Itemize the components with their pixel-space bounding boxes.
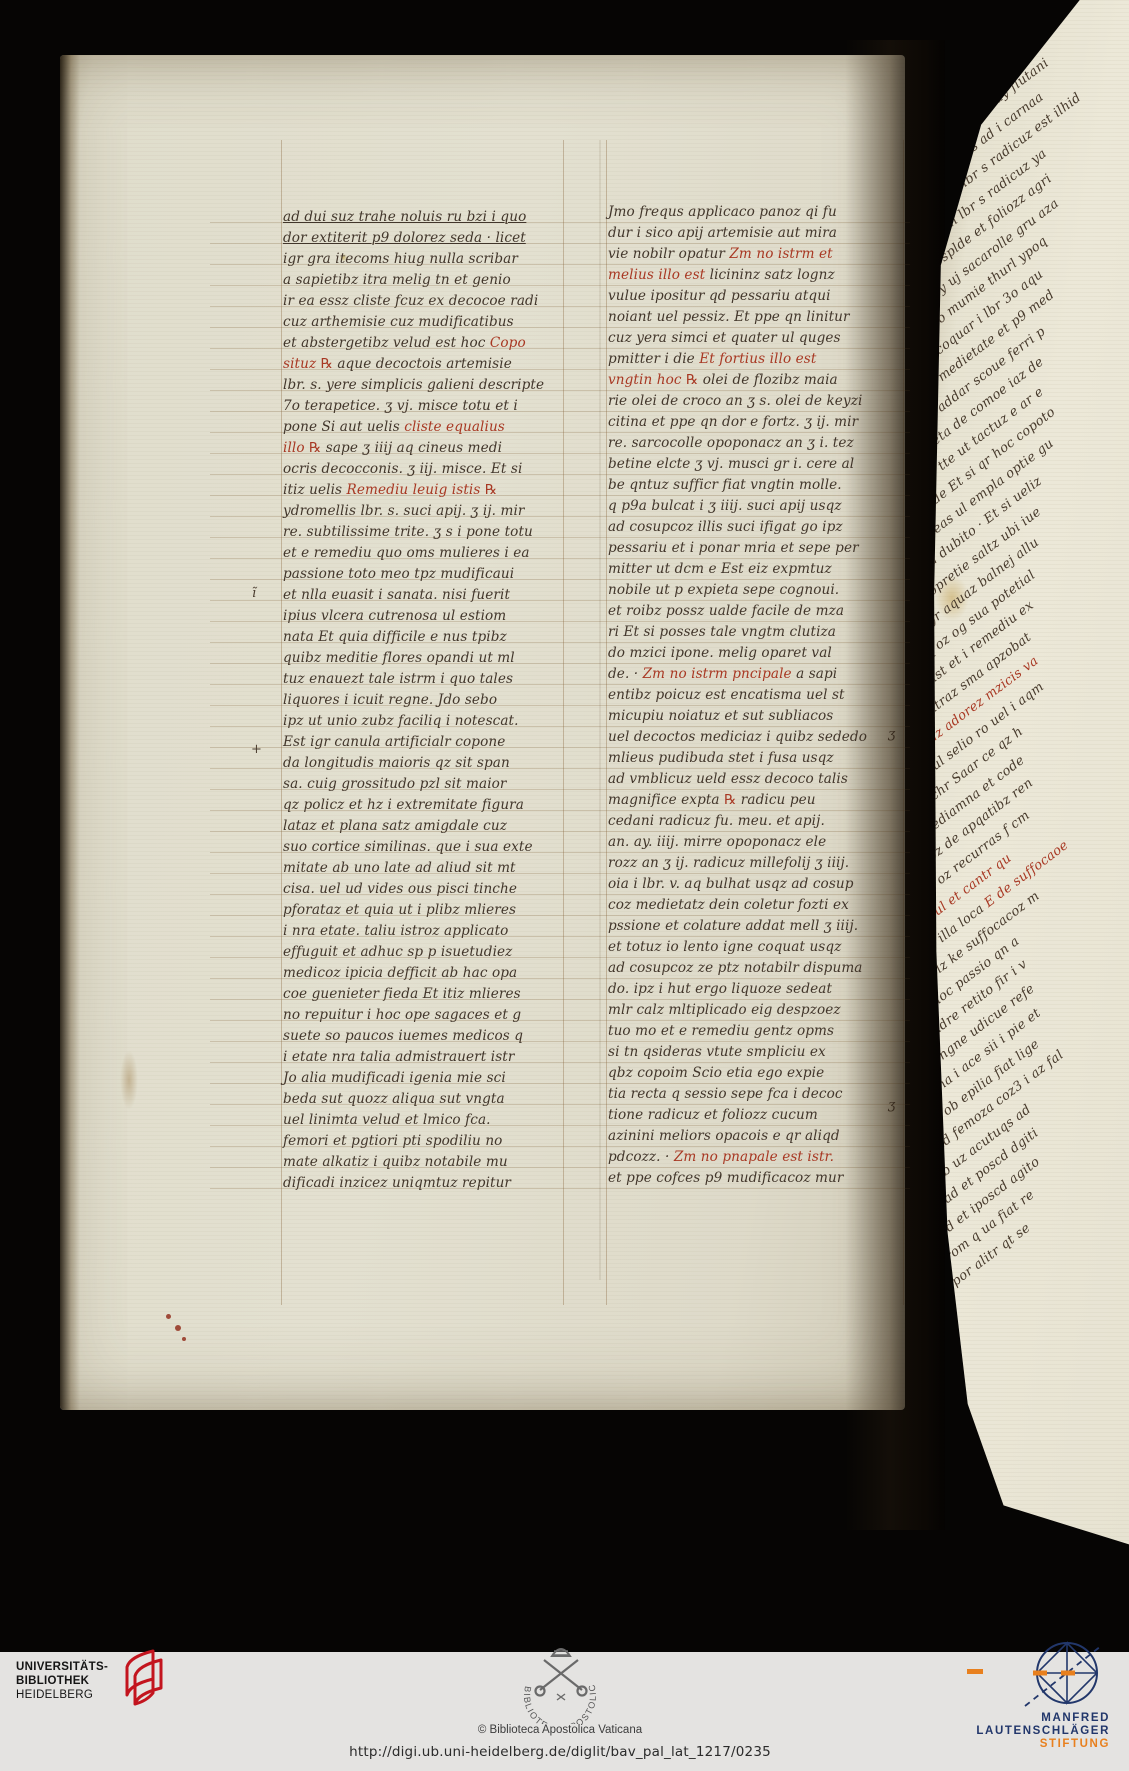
text-run: ocris decocconis. ʒ iij. misce. Et si (283, 461, 522, 477)
manuscript-line: ocris decocconis. ʒ iij. misce. Et si (283, 459, 565, 480)
text-run: mitter ut dcm e Est eiz expmtuz (608, 561, 832, 577)
text-run: mlieus pudibuda stet i fusa usqz (608, 750, 834, 766)
text-run: micupiu noiatuz et sut subliacos (608, 708, 833, 724)
text-run: vie nobilr opatur (608, 246, 729, 262)
text-run: radicu peu (741, 792, 816, 808)
manuscript-line: suo cortice similinas. que i sua exte (283, 837, 565, 858)
manuscript-line: coe guenieter fieda Et itiz mlieres (283, 984, 565, 1005)
text-run: quibz meditie flores opandi ut ml (283, 650, 515, 666)
text-run: femori et pgtiori pti spodiliu no (283, 1133, 502, 1149)
text-run: aque decoctois artemisie (337, 356, 512, 372)
manuscript-line: itiz uelis Remediu leuig istis ℞ (283, 480, 565, 501)
manuscript-line: cisa. uel ud vides ous pisci tinche (283, 879, 565, 900)
marginal-mark: ĩ (252, 586, 256, 601)
text-run: effuguit et adhuc sp p isuetudiez (283, 944, 512, 960)
manuscript-line: i nra etate. taliu istroz applicato (283, 921, 565, 942)
text-run: ad vmblicuz ueld essz decoco talis (608, 771, 848, 787)
text-run: et abstergetibz velud est hoc (283, 335, 490, 351)
text-run: cuz arthemisie cuz mudificatibus (283, 314, 514, 330)
text-run: licininz satz lognz (710, 267, 835, 283)
manuscript-line: cuz arthemisie cuz mudificatibus (283, 312, 565, 333)
manuscript-line: igr gra itecoms hiug nulla scribar (283, 249, 565, 270)
manuscript-line: ad dui suz trahe noluis ru bzi i quo (283, 207, 565, 228)
text-run: betine elcte ʒ vj. musci gr i. cere al (608, 456, 854, 472)
manuscript-line: i etate nra talia admistrauert istr (283, 1047, 565, 1068)
text-run: nobile ut p expieta sepe cognoui. (608, 582, 839, 598)
text-run: 7o terapetice. ʒ vj. misce totu et i (283, 398, 518, 414)
text-run: et roibz possz ualde facile de mza (608, 603, 844, 619)
text-run: citina et ppe qn dor e fortz. ʒ ij. mir (608, 414, 858, 430)
foundation-name-line3: STIFTUNG (976, 1738, 1110, 1751)
text-run: dificadi inzicez uniqmtuz repitur (283, 1175, 511, 1191)
text-run: olei de flozibz maia (703, 372, 838, 388)
ink-speck (166, 1314, 171, 1319)
ub-heidelberg-book-logo-icon (119, 1648, 171, 1714)
text-run: ydromellis lbr. s. suci apij. ʒ ij. mir (283, 503, 525, 519)
text-run: i nra etate. taliu istroz applicato (283, 923, 508, 939)
text-run: ad dui suz trahe noluis ru bzi i quo (283, 209, 526, 225)
text-run: noiant uel pessiz. Et ppe qn linitur (608, 309, 850, 325)
manuscript-line: femori et pgtiori pti spodiliu no (283, 1131, 565, 1152)
manuscript-line: sa. cuig grossitudo pzl sit maior (283, 774, 565, 795)
text-run: ad cosupcoz illis suci ifigat go ipz (608, 519, 843, 535)
text-run: mlr calz mltiplicado eig despzoez (608, 1002, 841, 1018)
rubric-run: illo ℞ (283, 440, 326, 456)
manuscript-line: dificadi inzicez uniqmtuz repitur (283, 1173, 565, 1194)
text-run: et e remediu quo oms mulieres i ea (283, 545, 530, 561)
text-run: et ppe cofces p9 mudificacoz mur (608, 1170, 843, 1186)
text-run: qz policz et hz i extremitate figura (283, 797, 524, 813)
text-run: cuz yera simci et quater ul quges (608, 330, 841, 346)
text-run: passione toto meo tpz mudificaui (283, 566, 514, 582)
manuscript-line: quibz meditie flores opandi ut ml (283, 648, 565, 669)
manuscript-line: et nlla euasit i sanata. nisi fuerit (283, 585, 565, 606)
text-run: dur i sico apij artemisie aut mira (608, 225, 837, 241)
marginal-mark: + (251, 742, 262, 757)
footer-bar: UNIVERSITÄTS- BIBLIOTHEK HEIDELBERG (0, 1652, 1129, 1771)
text-run: beda sut quozz aliqua sut vngta (283, 1091, 505, 1107)
manuscript-line: liquores i icuit regne. Jdo sebo (283, 690, 565, 711)
library-name-line2: BIBLIOTHEK (16, 1674, 108, 1688)
manuscript-line: passione toto meo tpz mudificaui (283, 564, 565, 585)
rubric-run: Zm no pnapale est istr. (674, 1149, 834, 1165)
text-run: ri Et si posses tale vngtm clutiza (608, 624, 836, 640)
text-run: si tn qsideras vtute smpliciu ex (608, 1044, 826, 1060)
text-run: entibz poicuz est encatisma uel st (608, 687, 845, 703)
text-run: nata Et quia difficile e nus tpibz (283, 629, 507, 645)
digitization-url: http://digi.ub.uni-heidelberg.de/diglit/… (260, 1744, 860, 1760)
text-run: ipz ut unio zubz faciliq i notescat. (283, 713, 519, 729)
text-run: qbz copoim Scio etia ego expie (608, 1065, 824, 1081)
foundation-block: MANFRED LAUTENSCHLÄGER STIFTUNG (976, 1712, 1110, 1751)
manuscript-line: ydromellis lbr. s. suci apij. ʒ ij. mir (283, 501, 565, 522)
left-text-column: ad dui suz trahe noluis ru bzi i quodor … (283, 207, 565, 1194)
text-run: de. · (608, 666, 643, 682)
text-run: rie olei de croco an ʒ s. olei de keyzi (608, 393, 862, 409)
text-run: sape ʒ iiij aq cineus medi (326, 440, 502, 456)
text-run: ipius vlcera cutrenosa ul estiom (283, 608, 506, 624)
manuscript-line: mate alkatiz i quibz notabile mu (283, 1152, 565, 1173)
text-run: pessariu et i ponar mria et sepe per (608, 540, 859, 556)
text-run: an. ay. iiij. mirre opoponacz ele (608, 834, 826, 850)
text-run: cedani radicuz fu. meu. et apij. (608, 813, 825, 829)
vertical-ruling (281, 140, 282, 1305)
text-run: re. subtilissime trite. ʒ s i pone totu (283, 524, 533, 540)
text-run: oia i lbr. v. aq bulhat usqz ad cosup (608, 876, 854, 892)
text-run: pforataz et quia ut i plibz mlieres (283, 902, 516, 918)
rubric-run: Copo (490, 335, 526, 351)
manuscript-line: Jo alia mudificadi igenia mie sci (283, 1068, 565, 1089)
text-run: mitate ab uno late ad aliud sit mt (283, 860, 516, 876)
manuscript-line: lbr. s. yere simplicis galieni descripte (283, 375, 565, 396)
manuscript-line: ipz ut unio zubz faciliq i notescat. (283, 711, 565, 732)
vatican-copyright: © Biblioteca Apostolica Vaticana (320, 1724, 800, 1736)
foundation-name-line1: MANFRED (976, 1712, 1110, 1725)
book-gutter-shadow (845, 40, 945, 1530)
rubric-run: ℞ (724, 792, 741, 808)
text-run: et nlla euasit i sanata. nisi fuerit (283, 587, 510, 603)
text-run: mate alkatiz i quibz notabile mu (283, 1154, 508, 1170)
manuscript-line: lataz et plana satz amigdale cuz (283, 816, 565, 837)
page-crease (599, 140, 601, 1280)
text-run: do. ipz i hut ergo liquoze sedeat (608, 981, 832, 997)
manuscript-line: dor extiterit p9 dolorez seda · licet (283, 228, 565, 249)
next-page-line: que m lbr s radicuz ya (918, 0, 1129, 251)
text-run: uel linimta velud et lmico fca. (283, 1112, 491, 1128)
text-run: a sapietibz itra melig tn et genio (283, 272, 511, 288)
ink-speck (182, 1337, 186, 1341)
text-run: uel decoctos mediciaz i quibz sededo (608, 729, 867, 745)
text-run: i etate nra talia admistrauert istr (283, 1049, 514, 1065)
text-run: tuz enauezt tale istrm i quo tales (283, 671, 513, 687)
manuscript-line: beda sut quozz aliqua sut vngta (283, 1089, 565, 1110)
text-run: suo cortice similinas. que i sua exte (283, 839, 533, 855)
text-run: cisa. uel ud vides ous pisci tinche (283, 881, 517, 897)
rubric-run: cliste equalius (404, 419, 505, 435)
library-name-line1: UNIVERSITÄTS- (16, 1660, 108, 1674)
manuscript-line: medicoz ipicia defficit ab hac opa (283, 963, 565, 984)
manuscript-line: et e remediu quo oms mulieres i ea (283, 543, 565, 564)
manuscript-line: qz policz et hz i extremitate figura (283, 795, 565, 816)
text-run: lbr. s. yere simplicis galieni descripte (283, 377, 544, 393)
manuscript-line: tuz enauezt tale istrm i quo tales (283, 669, 565, 690)
lautenschlaeger-globe-logo-icon (1015, 1636, 1109, 1714)
svg-text:BIBLIOTECA APOSTOLICA VATICA: BIBLIOTECA APOSTOLICA VATICANA (500, 1636, 598, 1724)
manuscript-line: illo ℞ sape ʒ iiij aq cineus medi (283, 438, 565, 459)
text-run: azinini meliors opacois e qr aliqd (608, 1128, 840, 1144)
orange-dash-icon (967, 1669, 983, 1674)
manuscript-line: pforataz et quia ut i plibz mlieres (283, 900, 565, 921)
foundation-name-line2: LAUTENSCHLÄGER (976, 1725, 1110, 1738)
manuscript-line: 7o terapetice. ʒ vj. misce totu et i (283, 396, 565, 417)
text-run: pone Si aut uelis (283, 419, 404, 435)
library-name-line3: HEIDELBERG (16, 1688, 108, 1702)
text-run: q p9a bulcat i ʒ iiij. suci apij usqz (608, 498, 842, 514)
manuscript-line: suete so paucos iuemes medicos q (283, 1026, 565, 1047)
text-run: tuo mo et e remediu gentz opms (608, 1023, 834, 1039)
manuscript-line: effuguit et adhuc sp p isuetudiez (283, 942, 565, 963)
text-run: dor extiterit p9 dolorez seda · licet (283, 230, 526, 246)
text-run: et totuz io lento igne coquat usqz (608, 939, 841, 955)
manuscript-line: a sapietibz itra melig tn et genio (283, 270, 565, 291)
manuscript-line: no repuitur i hoc ope sagaces et g (283, 1005, 565, 1026)
manuscript-line: nata Et quia difficile e nus tpibz (283, 627, 565, 648)
vatican-keys-emblem-icon: BIBLIOTECA APOSTOLICA VATICANA (500, 1636, 620, 1724)
vertical-ruling (606, 140, 607, 1305)
library-block: UNIVERSITÄTS- BIBLIOTHEK HEIDELBERG (16, 1660, 108, 1702)
text-run: no repuitur i hoc ope sagaces et g (283, 1007, 521, 1023)
text-run: coe guenieter fieda Et itiz mlieres (283, 986, 521, 1002)
text-run: pdcozz. · (608, 1149, 674, 1165)
text-run: itiz uelis (283, 482, 347, 498)
rubric-run: Et fortius illo est (699, 351, 816, 367)
text-run: medicoz ipicia defficit ab hac opa (283, 965, 517, 981)
rubric-run: Zm no istrm pncipale (643, 666, 796, 682)
text-run: suete so paucos iuemes medicos q (283, 1028, 523, 1044)
manuscript-line: mitate ab uno late ad aliud sit mt (283, 858, 565, 879)
text-run: coz medietatz dein coletur fozti ex (608, 897, 849, 913)
text-run: igr gra itecoms hiug nulla scribar (283, 251, 518, 267)
rubric-run: vngtin hoc ℞ (608, 372, 703, 388)
manuscript-line: ir ea essz cliste fcuz ex decocoe radi (283, 291, 565, 312)
text-run: re. sarcocolle opoponacz an ʒ i. tez (608, 435, 854, 451)
text-run: pmitter i die (608, 351, 699, 367)
manuscript-line: re. subtilissime trite. ʒ s i pone totu (283, 522, 565, 543)
rubric-run: Zm no istrm et (729, 246, 832, 262)
manuscript-line: uel linimta velud et lmico fca. (283, 1110, 565, 1131)
text-run: tione radicuz et foliozz cucum (608, 1107, 818, 1123)
text-run: Jo alia mudificadi igenia mie sci (283, 1070, 506, 1086)
text-run: Est igr canula artificialr copone (283, 734, 505, 750)
rubric-run: melius illo est (608, 267, 710, 283)
text-run: liquores i icuit regne. Jdo sebo (283, 692, 497, 708)
text-run: da longitudis maioris qz sit span (283, 755, 510, 771)
rubric-run: situz ℞ (283, 356, 337, 372)
vatican-circular-text: BIBLIOTECA APOSTOLICA VATICANA (500, 1636, 598, 1724)
text-run: rozz an ʒ ij. radicuz millefolij ʒ iiij. (608, 855, 849, 871)
manuscript-line: situz ℞ aque decoctois artemisie (283, 354, 565, 375)
text-run: ir ea essz cliste fcuz ex decocoe radi (283, 293, 538, 309)
stain (120, 1050, 138, 1110)
text-run: magnifice expta (608, 792, 724, 808)
manuscript-line: da longitudis maioris qz sit span (283, 753, 565, 774)
manuscript-line: Est igr canula artificialr copone (283, 732, 565, 753)
text-run: be qntuz sufficr fiat vngtin molle. (608, 477, 842, 493)
text-run: tia recta q sessio sepe fca i decoc (608, 1086, 843, 1102)
manuscript-line: ipius vlcera cutrenosa ul estiom (283, 606, 565, 627)
manuscript-line: pone Si aut uelis cliste equalius (283, 417, 565, 438)
text-run: lataz et plana satz amigdale cuz (283, 818, 507, 834)
text-run: ad cosupcoz ze ptz notabilr dispuma (608, 960, 863, 976)
ink-speck (175, 1325, 181, 1331)
text-run: Jmo frequs applicaco panoz qi fu (608, 204, 837, 220)
text-run: pssione et colature addat mell ʒ iiij. (608, 918, 858, 934)
text-run: do mzici ipone. melig oparet val (608, 645, 832, 661)
text-run: sa. cuig grossitudo pzl sit maior (283, 776, 507, 792)
text-run: a sapi (796, 666, 837, 682)
manuscript-line: et abstergetibz velud est hoc Copo (283, 333, 565, 354)
manuscript-scan: ad dui suz trahe noluis ru bzi i quodor … (0, 0, 1129, 1771)
text-run: vulue ipositur qd pessariu atqui (608, 288, 831, 304)
rubric-run: Remediu leuig istis ℞ (347, 482, 498, 498)
